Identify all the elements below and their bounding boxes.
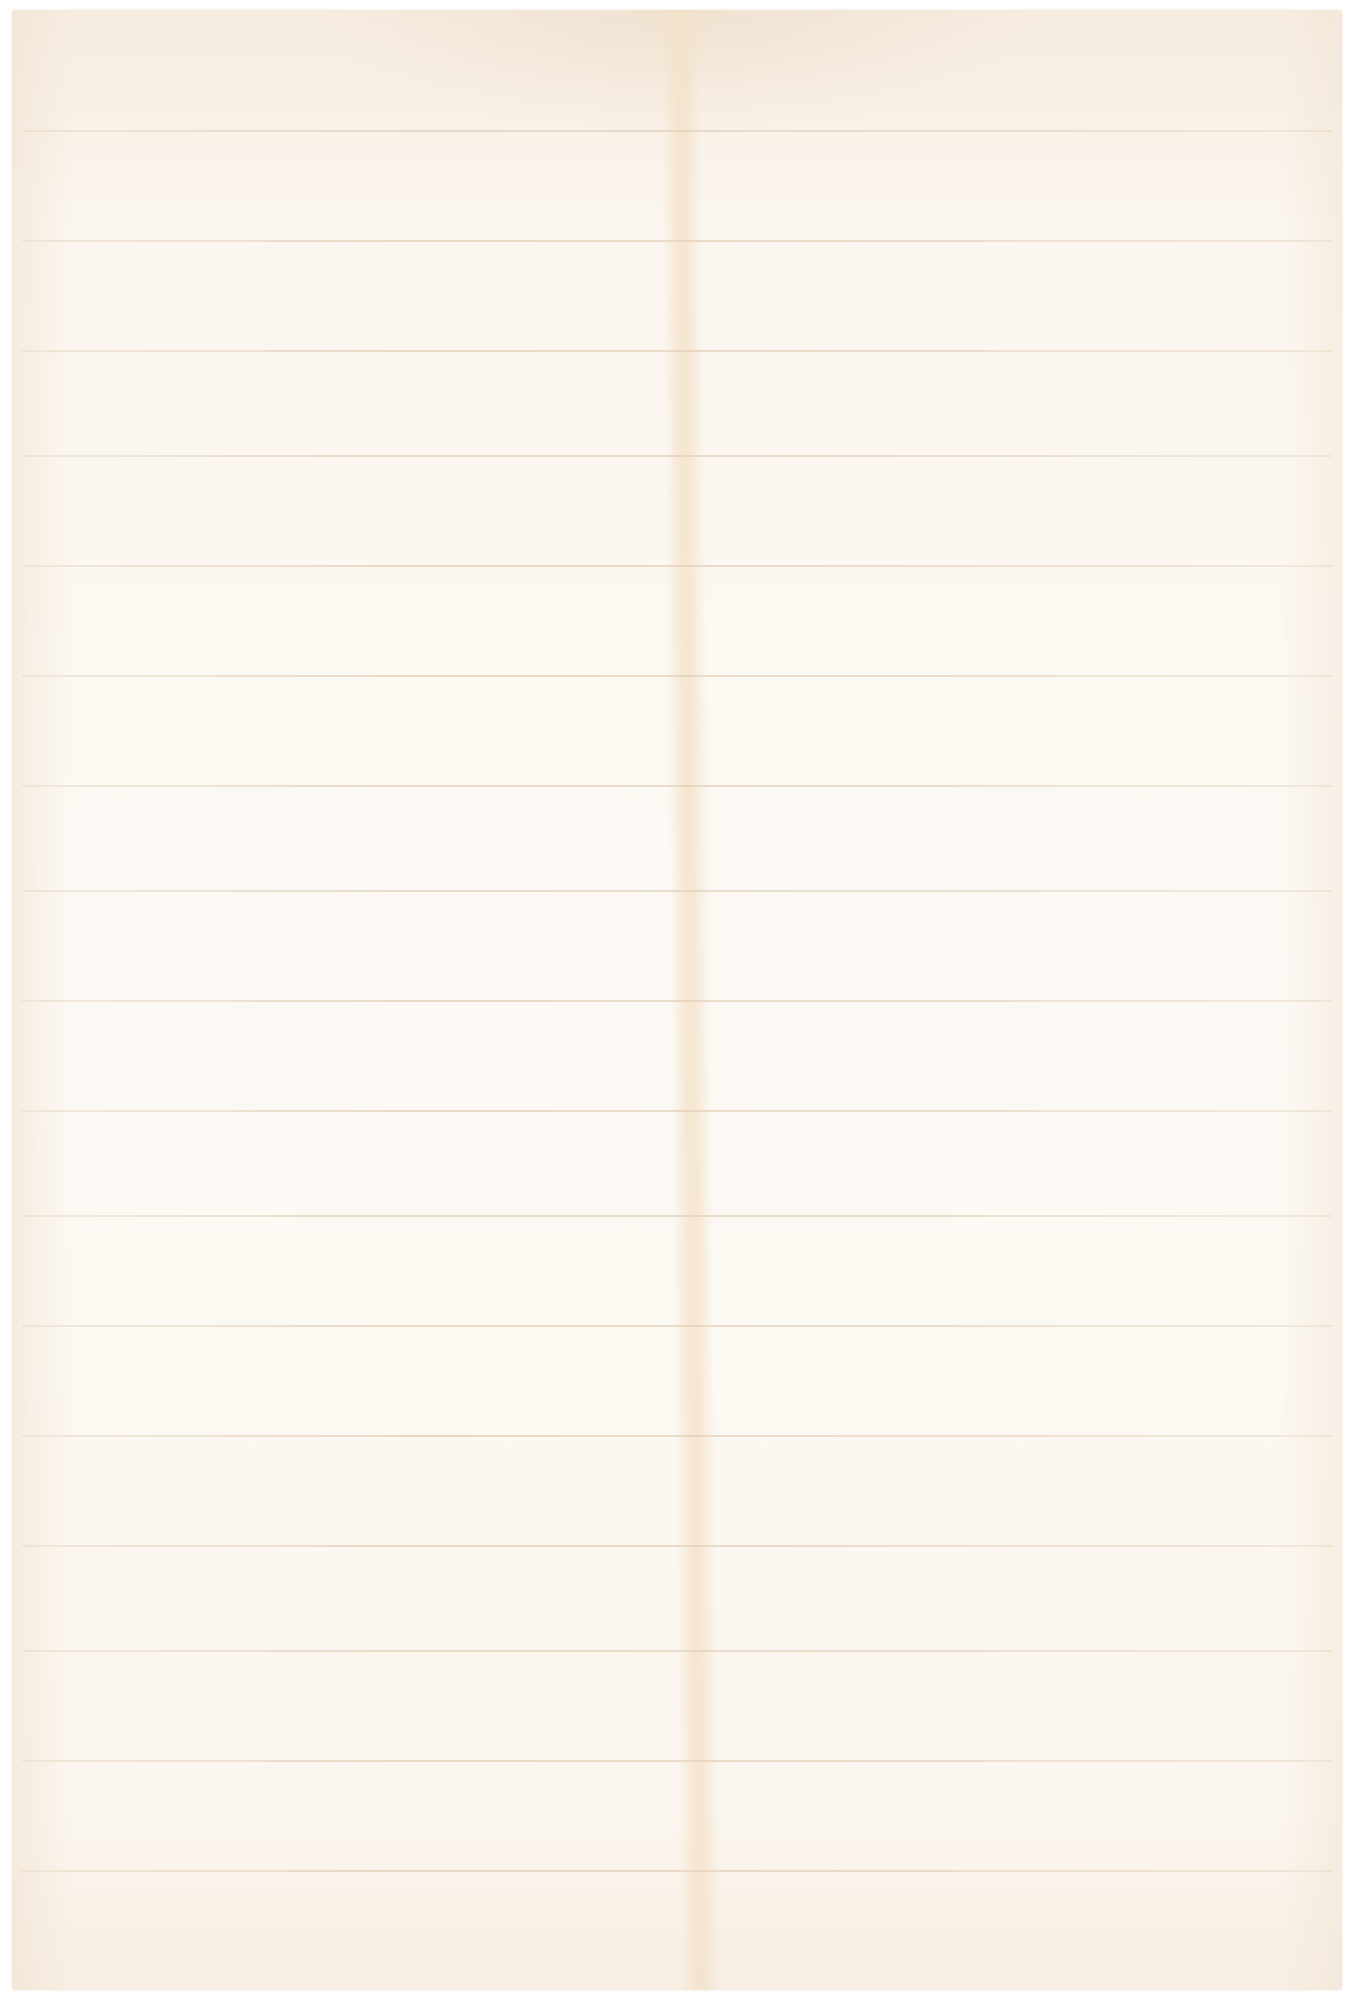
stripe-line [22, 565, 1332, 567]
stripe-line [22, 130, 1332, 132]
stripe-line [22, 1215, 1332, 1217]
rug-photo [12, 10, 1342, 1990]
stripe-line [22, 890, 1332, 892]
stripe-line [22, 1650, 1332, 1652]
stripe-line [22, 350, 1332, 352]
stripe-line [22, 1435, 1332, 1437]
stripe-line [22, 240, 1332, 242]
stripe-line [22, 1545, 1332, 1547]
stripe-line [22, 455, 1332, 457]
stripe-line [22, 675, 1332, 677]
stripe-line [22, 1325, 1332, 1327]
stripe-line [22, 785, 1332, 787]
stripe-line [22, 1760, 1332, 1762]
stripe-line [22, 1870, 1332, 1872]
stripe-line [22, 1110, 1332, 1112]
stripe-line [22, 1000, 1332, 1002]
